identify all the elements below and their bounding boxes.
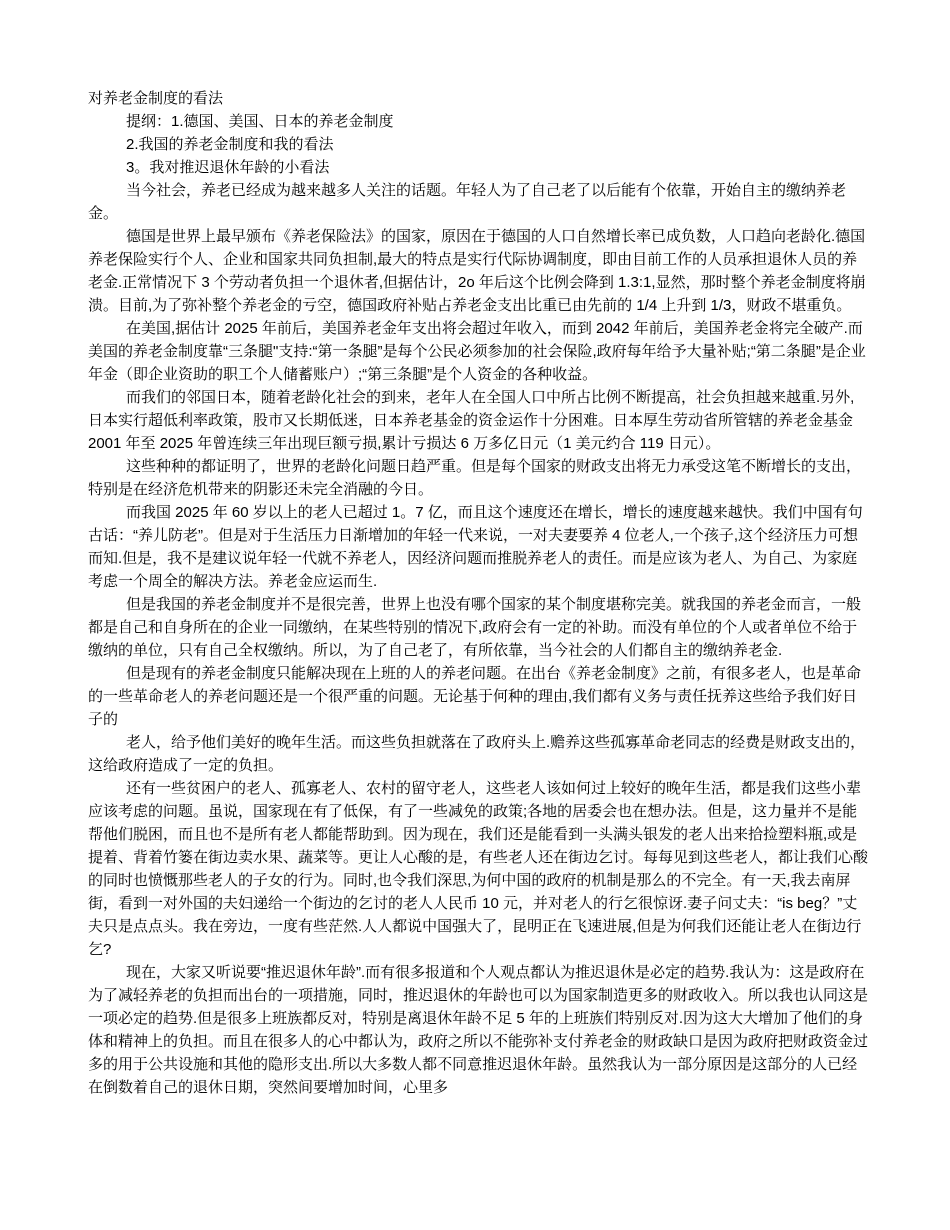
paragraph: 这些种种的都证明了，世界的老龄化问题日趋严重。但是每个国家的财政支出将无力承受这… (88, 455, 868, 501)
paragraph: 但是我国的养老金制度并不是很完善，世界上也没有哪个国家的某个制度堪称完美。就我国… (88, 593, 868, 662)
outline-item: 3。我对推迟退休年龄的小看法 (88, 156, 868, 179)
outline-item: 提纲：1.德国、美国、日本的养老金制度 (88, 110, 868, 133)
paragraph: 德国是世界上最早颁布《养老保险法》的国家，原因在于德国的人口自然增长率已成负数，… (88, 225, 868, 317)
paragraph: 而我们的邻国日本，随着老龄化社会的到来，老年人在全国人口中所占比例不断提高，社会… (88, 386, 868, 455)
paragraph: 老人，给予他们美好的晚年生活。而这些负担就落在了政府头上.赡养这些孤寡革命老同志… (88, 731, 868, 777)
paragraph: 而我国 2025 年 60 岁以上的老人已超过 1。7 亿，而且这个速度还在增长… (88, 501, 868, 593)
paragraph: 但是现有的养老金制度只能解决现在上班的人的养老问题。在出台《养老金制度》之前，有… (88, 662, 868, 731)
paragraph: 现在，大家又听说要“推迟退休年龄”.而有很多报道和个人观点都认为推迟退休是必定的… (88, 961, 868, 1099)
document-title: 对养老金制度的看法 (88, 87, 868, 110)
outline-item: 2.我国的养老金制度和我的看法 (88, 133, 868, 156)
paragraph: 还有一些贫困户的老人、孤寡老人、农村的留守老人，这些老人该如何过上较好的晚年生活… (88, 777, 868, 961)
paragraph: 当今社会，养老已经成为越来越多人关注的话题。年轻人为了自己老了以后能有个依靠，开… (88, 179, 868, 225)
paragraph: 在美国,据估计 2025 年前后，美国养老金年支出将会超过年收入，而到 2042… (88, 317, 868, 386)
document-page: 对养老金制度的看法 提纲：1.德国、美国、日本的养老金制度 2.我国的养老金制度… (0, 0, 950, 1230)
